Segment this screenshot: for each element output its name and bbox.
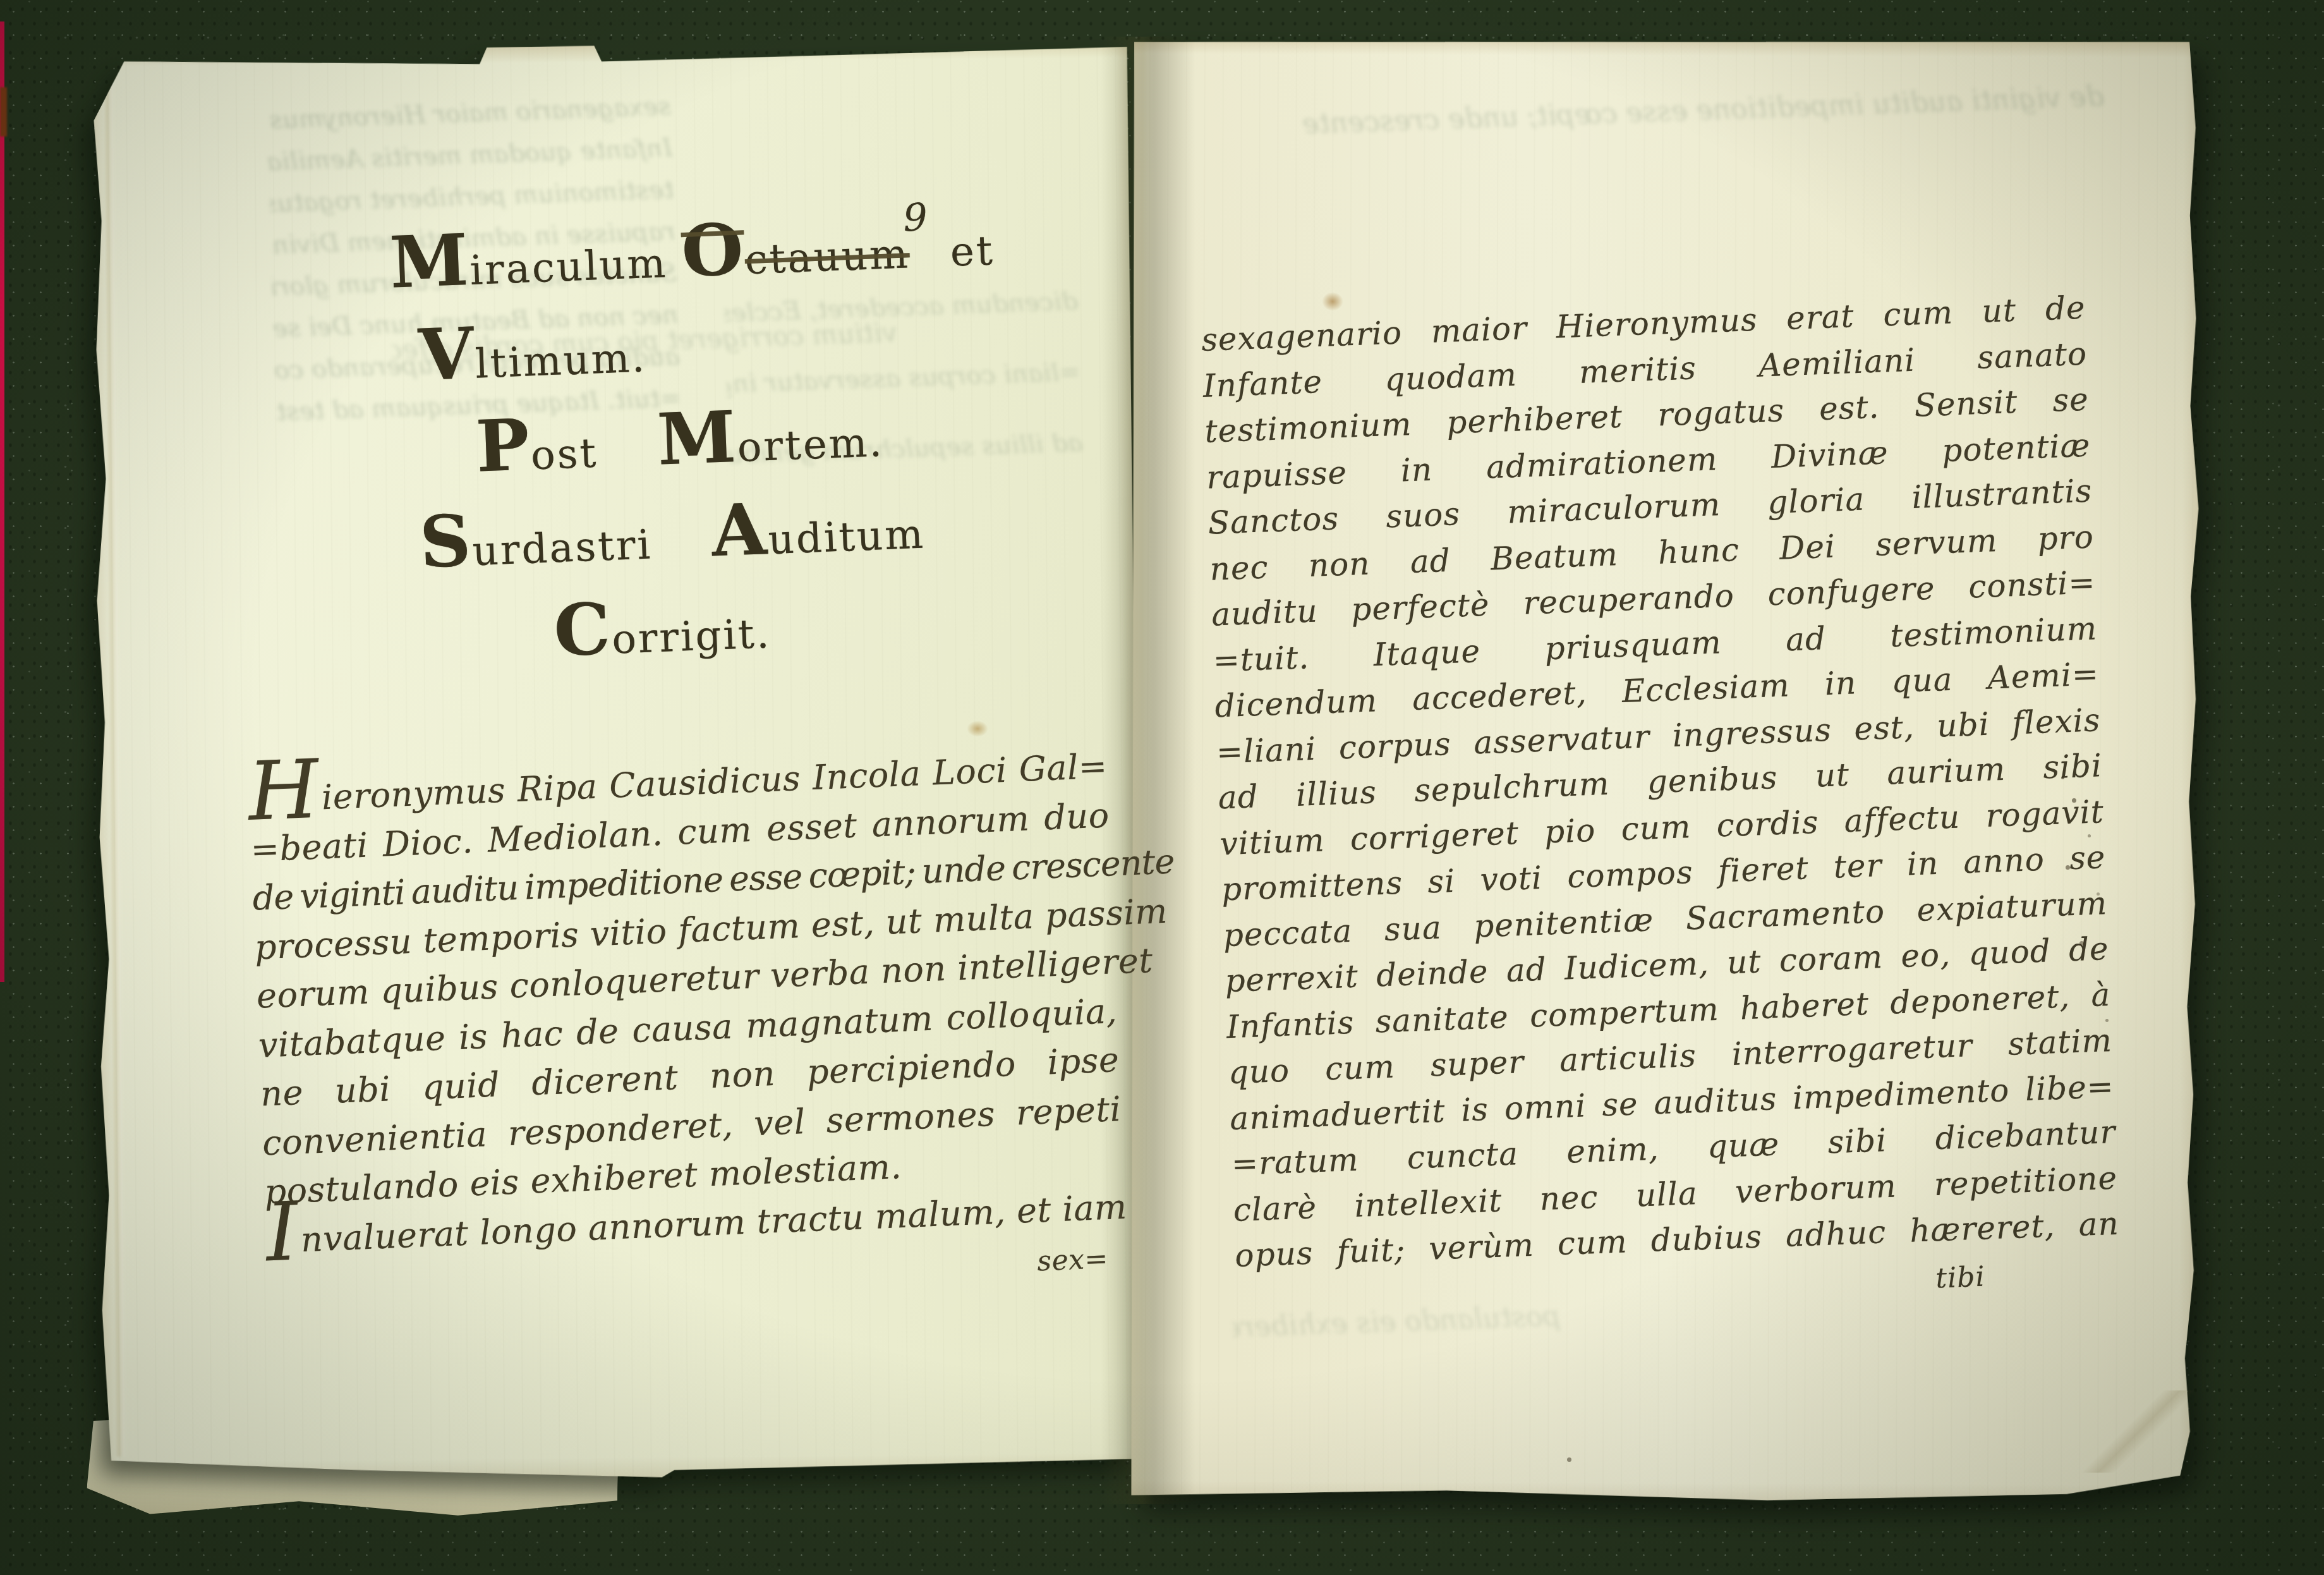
right-page-text: sexagenario maior Hieronymus erat cum ut…: [1201, 285, 2122, 1327]
chapter-title: Miraculum Octauum9 et Vltimum. PostMorte…: [354, 200, 1130, 696]
title-word-et: et: [950, 228, 995, 276]
strikethrough-word: Octauum: [681, 231, 911, 286]
left-page-text: Hieronymus Ripa Causidicus Incola Loci G…: [248, 741, 1128, 1317]
left-page-deckle-edge: [105, 68, 127, 1457]
red-binding-edge: [0, 21, 4, 982]
title-initial: M: [389, 219, 471, 305]
red-binding-edge-blotch: [0, 87, 7, 137]
superscript-correction: 9: [902, 195, 930, 241]
manuscript-photo: sexagenario maior Hieronymus erat cum ut…: [0, 0, 2324, 1575]
drop-cap: I: [264, 1184, 302, 1280]
